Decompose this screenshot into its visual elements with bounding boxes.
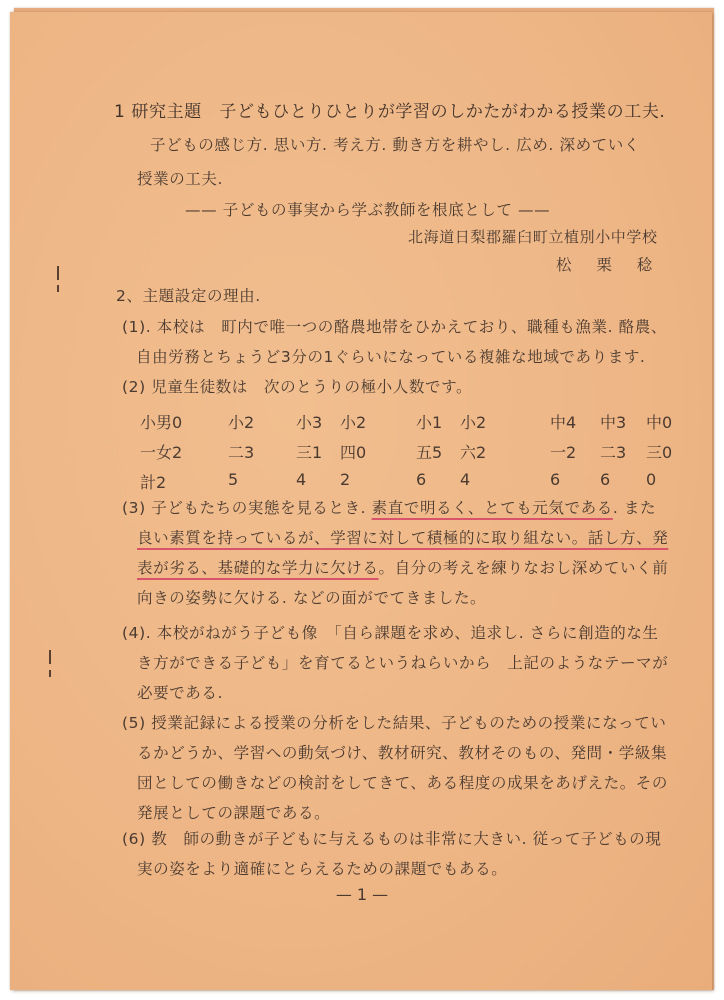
text-segment: 。自分の考えを練りなおし深めていく前: [379, 559, 669, 577]
table-cell: 0: [646, 470, 656, 489]
table-cell: 一女2: [140, 440, 182, 463]
table-cell: 六2: [460, 440, 486, 463]
table-cell: 四0: [340, 440, 366, 463]
item4-line: 必要である.: [137, 686, 223, 702]
item1-line: 自由労務とちょうど3分の1ぐらいになっている複雑な地域であります.: [136, 350, 645, 366]
table-cell: 五5: [416, 440, 442, 463]
item6-line: 実の姿をより適確にとらえるための課題でもある。: [137, 862, 507, 878]
table-cell: 小男0: [140, 410, 182, 433]
underlined-text: 表が劣る、基礎的な学力に欠ける: [137, 559, 379, 577]
item3-line: 表が劣る、基礎的な学力に欠ける。自分の考えを練りなおし深めていく前: [137, 561, 668, 577]
item5-line: 発展としての課題である。: [137, 806, 330, 822]
section2-heading: 2、主題設定の理由.: [116, 289, 261, 305]
table-cell: 4: [460, 470, 470, 489]
item3-line: 良い素質を持っているが、学習に対して積極的に取り組ない。話し方、発: [137, 531, 668, 547]
text-segment: 向きの姿勢に欠ける. などの面がでてきました。: [137, 589, 486, 607]
author-name: 松 栗 稔: [556, 258, 662, 274]
item5-line: るかどうか、学習への動気づけ、教材研究、教材そのもの、発問・学級集: [137, 746, 667, 762]
section1-heading: 1 研究主題 子どもひとりひとりが学習のしかたがわかる授業の工夫.: [114, 104, 665, 121]
underlined-text: 素直で明るく、とても元気である: [372, 499, 613, 517]
school-name: 北海道日梨郡羅臼町立植別小中学校: [408, 230, 658, 245]
table-cell: 6: [600, 470, 610, 489]
table-cell: 小2: [228, 410, 254, 433]
table-cell: 中4: [550, 410, 576, 433]
table-row: 一女2二3三1四0五5六2一2二3三0: [140, 440, 640, 460]
binding-mark: [57, 285, 59, 292]
item4-line: き方ができる子ども」を育てるというねらいから 上記のようなテーマが: [137, 656, 668, 672]
binding-mark: [49, 670, 51, 677]
table-cell: 三1: [296, 440, 322, 463]
item5-line: 団としての働きなどの検討をしてきて、ある程度の成果をあげえた。その: [137, 776, 668, 792]
section1-line: 授業の工夫.: [137, 172, 223, 188]
item3-line: 向きの姿勢に欠ける. などの面がでてきました。: [137, 591, 486, 607]
table-cell: 三0: [646, 440, 672, 463]
table-cell: 二3: [600, 440, 626, 463]
binding-mark: [49, 650, 51, 664]
underlined-text: 良い素質を持っているが、学習に対して積極的に取り組ない。話し方、発: [137, 529, 668, 547]
table-cell: 中0: [646, 410, 672, 433]
item3-line: (3) 子どもたちの実態を見るとき. 素直で明るく、とても元気である. また: [122, 501, 656, 517]
table-cell: 一2: [550, 440, 576, 463]
table-cell: 5: [228, 470, 238, 489]
binding-mark: [57, 266, 59, 280]
table-cell: 二3: [228, 440, 254, 463]
item4-line: (4). 本校がねがう子ども像 「自ら課題を求め、追求し. さらに創造的な生: [122, 626, 659, 642]
table-cell: 小2: [460, 410, 486, 433]
item5-line: (5) 授業記録による授業の分析をした結果、子どものための授業になってい: [122, 716, 667, 732]
text-segment: . また: [613, 499, 656, 517]
table-cell: 中3: [600, 410, 626, 433]
table-row: 小男0小2小3小2小1小2中4中3中0: [140, 410, 640, 430]
table-cell: 6: [416, 470, 426, 489]
item2-intro: (2) 児童生徒数は 次のとうりの極小人数です。: [122, 380, 472, 396]
text-segment: (3) 子どもたちの実態を見るとき.: [122, 499, 372, 517]
item1-line: (1). 本校は 町内で唯一つの酪農地帯をひかえており、職種も漁業. 酪農、: [122, 320, 667, 336]
table-row: 計254264660: [140, 470, 640, 490]
section1-subtitle: —— 子どもの事実から学ぶ教師を根底として ——: [185, 203, 550, 219]
table-cell: 小2: [340, 410, 366, 433]
table-cell: 小3: [296, 410, 322, 433]
page-number: — 1 —: [0, 885, 724, 904]
section1-line: 子どもの感じ方. 思い方. 考え方. 動き方を耕やし. 広め. 深めていく: [150, 138, 640, 154]
table-cell: 4: [296, 470, 306, 489]
table-cell: 6: [550, 470, 560, 489]
table-cell: 計2: [140, 470, 166, 493]
table-cell: 2: [340, 470, 350, 489]
table-cell: 小1: [416, 410, 442, 433]
item6-line: (6) 教 師の動きが子どもに与えるものは非常に大きい. 従って子どもの現: [122, 832, 661, 848]
